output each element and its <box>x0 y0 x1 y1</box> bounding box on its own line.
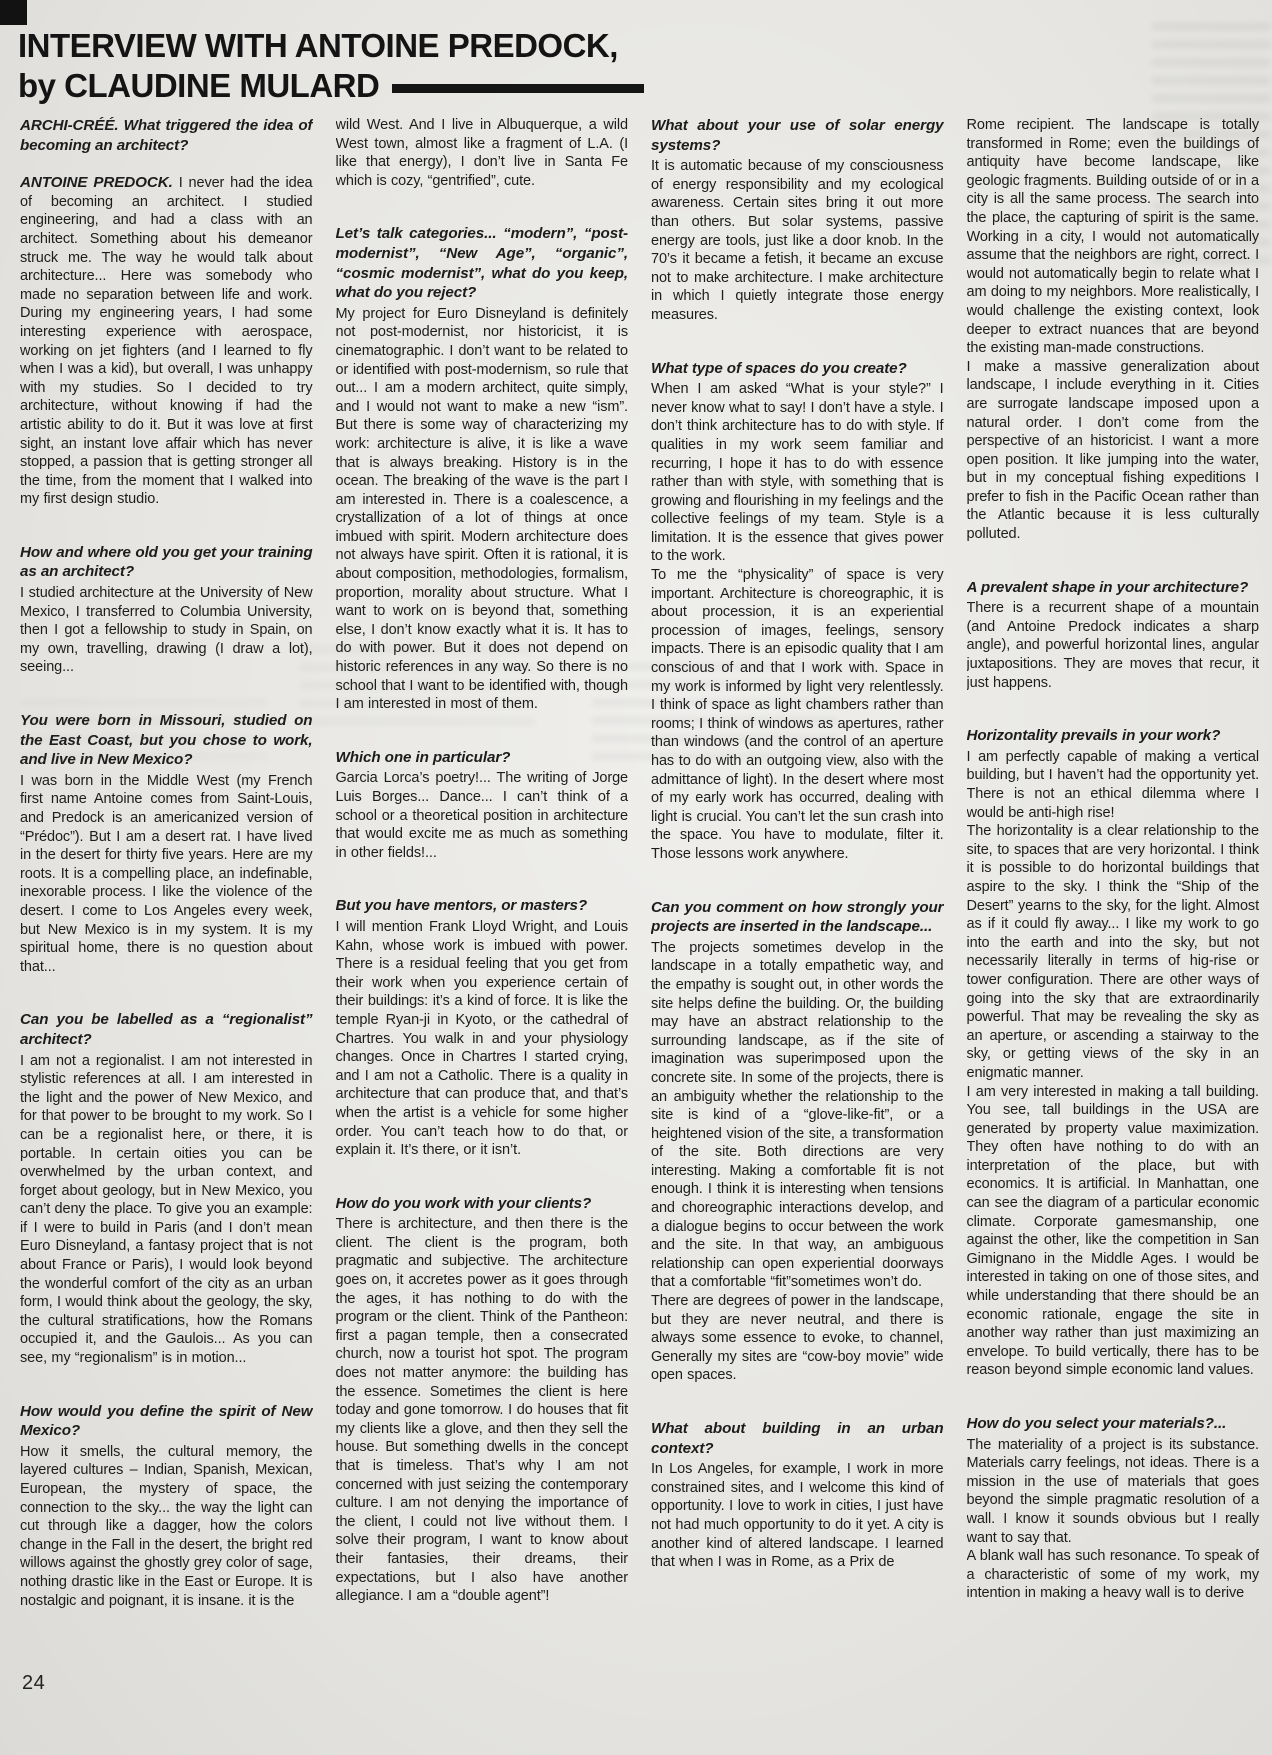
article-byline: by CLAUDINE MULARD <box>18 67 379 104</box>
interview-answer: The materiality of a project is its subs… <box>967 1436 1260 1548</box>
interview-question: What about building in an urban context? <box>651 1419 944 1458</box>
interview-answer: Garcia Lorca’s poetry!... The writing of… <box>336 769 629 862</box>
article-header: INTERVIEW WITH ANTOINE PREDOCK, by CLAUD… <box>0 0 1272 106</box>
interview-answer: There are degrees of power in the landsc… <box>651 1292 944 1385</box>
text-column-2: wild West. And I live in Albuquerque, a … <box>336 116 629 1676</box>
title-rule <box>392 84 644 93</box>
interview-answer: There is a recurrent shape of a mountain… <box>967 599 1260 692</box>
interview-question: Which one in particular? <box>336 748 629 768</box>
page-title: INTERVIEW WITH ANTOINE PREDOCK, by CLAUD… <box>18 26 1272 106</box>
interview-answer: I am not a regionalist. I am not interes… <box>20 1052 313 1368</box>
interview-question: But you have mentors, or masters? <box>336 896 629 916</box>
interviewee-name-lead: ANTOINE PREDOCK. <box>20 174 179 191</box>
interview-question: How do you work with your clients? <box>336 1194 629 1214</box>
text-column-3: What about your use of solar energy syst… <box>651 116 944 1676</box>
interview-question: Can you be labelled as a “regionalist” a… <box>20 1010 313 1049</box>
interview-answer: I will mention Frank Lloyd Wright, and L… <box>336 918 629 1160</box>
interview-question: Can you comment on how strongly your pro… <box>651 898 944 937</box>
interview-answer: The horizontality is a clear relationshi… <box>967 822 1260 1082</box>
article-columns: ARCHI-CRÉÉ. What triggered the idea of b… <box>0 106 1272 1676</box>
article-title-line1: INTERVIEW WITH ANTOINE PREDOCK, <box>18 27 618 64</box>
interview-answer: How it smells, the cultural memory, the … <box>20 1443 313 1610</box>
interview-question: How would you define the spirit of New M… <box>20 1402 313 1441</box>
text-column-1: ARCHI-CRÉÉ. What triggered the idea of b… <box>20 116 313 1676</box>
interview-question: A prevalent shape in your architecture? <box>967 578 1260 598</box>
interview-answer: A blank wall has such resonance. To spea… <box>967 1547 1260 1603</box>
interview-question: What about your use of solar energy syst… <box>651 116 944 155</box>
interview-answer: wild West. And I live in Albuquerque, a … <box>336 116 629 190</box>
interview-answer: I am perfectly capable of making a verti… <box>967 748 1260 822</box>
interview-answer: There is architecture, and then there is… <box>336 1215 629 1605</box>
interview-answer: It is automatic because of my consciousn… <box>651 157 944 324</box>
corner-print-mark <box>0 0 27 25</box>
text-column-4: Rome recipient. The landscape is totally… <box>967 116 1260 1676</box>
page-number: 24 <box>22 1672 45 1695</box>
interview-answer: Rome recipient. The landscape is totally… <box>967 116 1260 358</box>
interview-question: Horizontality prevails in your work? <box>967 726 1260 746</box>
interview-question: What type of spaces do you create? <box>651 359 944 379</box>
interview-answer: ANTOINE PREDOCK. I never had the idea of… <box>20 174 313 509</box>
interview-answer: My project for Euro Disneyland is defini… <box>336 305 629 714</box>
interview-answer: I make a massive generalization about la… <box>967 358 1260 544</box>
interview-answer: In Los Angeles, for example, I work in m… <box>651 1460 944 1572</box>
interview-question: ARCHI-CRÉÉ. What triggered the idea of b… <box>20 116 313 155</box>
interview-question: How do you select your materials?... <box>967 1414 1260 1434</box>
interview-answer: I was born in the Middle West (my French… <box>20 772 313 977</box>
interview-answer: I studied architecture at the University… <box>20 584 313 677</box>
interview-question: How and where old you get your training … <box>20 543 313 582</box>
interview-question: You were born in Missouri, studied on th… <box>20 711 313 770</box>
interview-answer: To me the “physicality” of space is very… <box>651 566 944 864</box>
interview-question: Let’s talk categories... “modern”, “post… <box>336 224 629 302</box>
interview-answer: The projects sometimes develop in the la… <box>651 939 944 1292</box>
magazine-page: INTERVIEW WITH ANTOINE PREDOCK, by CLAUD… <box>0 0 1272 1755</box>
interview-answer: When I am asked “What is your style?” I … <box>651 380 944 566</box>
interview-answer: I am very interested in making a tall bu… <box>967 1083 1260 1381</box>
